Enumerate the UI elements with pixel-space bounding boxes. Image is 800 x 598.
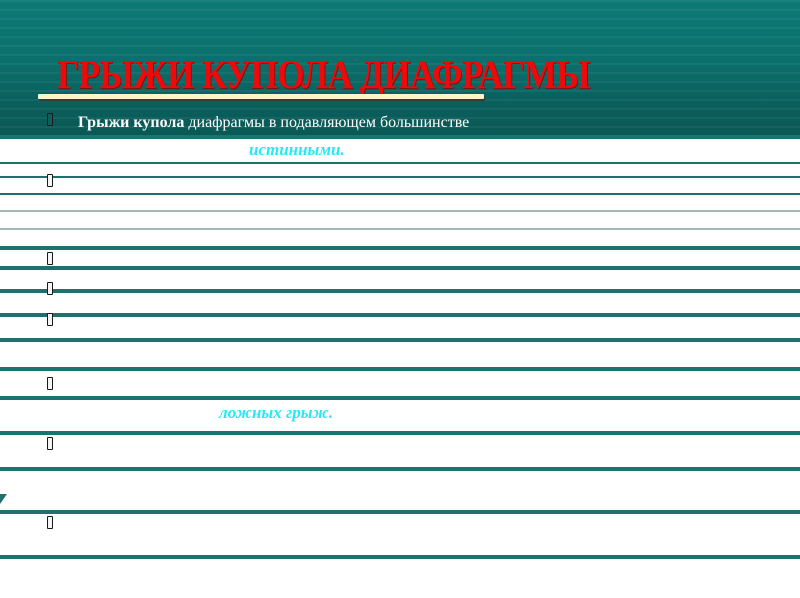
- bold-lead: Грыжи купола: [78, 114, 184, 131]
- divider-line: [0, 176, 800, 178]
- square-bullet-icon: [47, 113, 53, 126]
- divider-line: [0, 367, 800, 371]
- divider-line: [0, 431, 800, 435]
- bullet-paragraph: Грыжи купола диафрагмы в подавляющем бол…: [78, 113, 469, 132]
- highlight-text: ложных грыж.: [219, 403, 333, 423]
- divider-line: [0, 228, 800, 230]
- highlight-text: истинными.: [249, 140, 345, 160]
- slide-title: ГРЫЖИ КУПОЛА ДИАФРАГМЫ: [57, 50, 590, 98]
- square-bullet-icon: [47, 174, 53, 187]
- edge-marker: [0, 494, 7, 504]
- divider-line: [0, 555, 800, 559]
- divider-line: [0, 162, 800, 164]
- divider-line: [0, 210, 800, 212]
- title-underline: [38, 94, 484, 99]
- square-bullet-icon: [47, 252, 53, 265]
- divider-line: [0, 266, 800, 270]
- divider-line: [0, 396, 800, 400]
- divider-line: [0, 338, 800, 342]
- divider-line: [0, 510, 800, 514]
- square-bullet-icon: [47, 313, 53, 326]
- square-bullet-icon: [47, 282, 53, 295]
- divider-line: [0, 246, 800, 250]
- divider-line: [0, 467, 800, 471]
- square-bullet-icon: [47, 377, 53, 390]
- divider-line: [0, 313, 800, 317]
- square-bullet-icon: [47, 516, 53, 529]
- paragraph-text: диафрагмы в подавляющем большинстве: [184, 114, 469, 131]
- divider-line: [0, 193, 800, 195]
- divider-line: [0, 289, 800, 293]
- divider-line: [0, 135, 800, 139]
- square-bullet-icon: [47, 437, 53, 450]
